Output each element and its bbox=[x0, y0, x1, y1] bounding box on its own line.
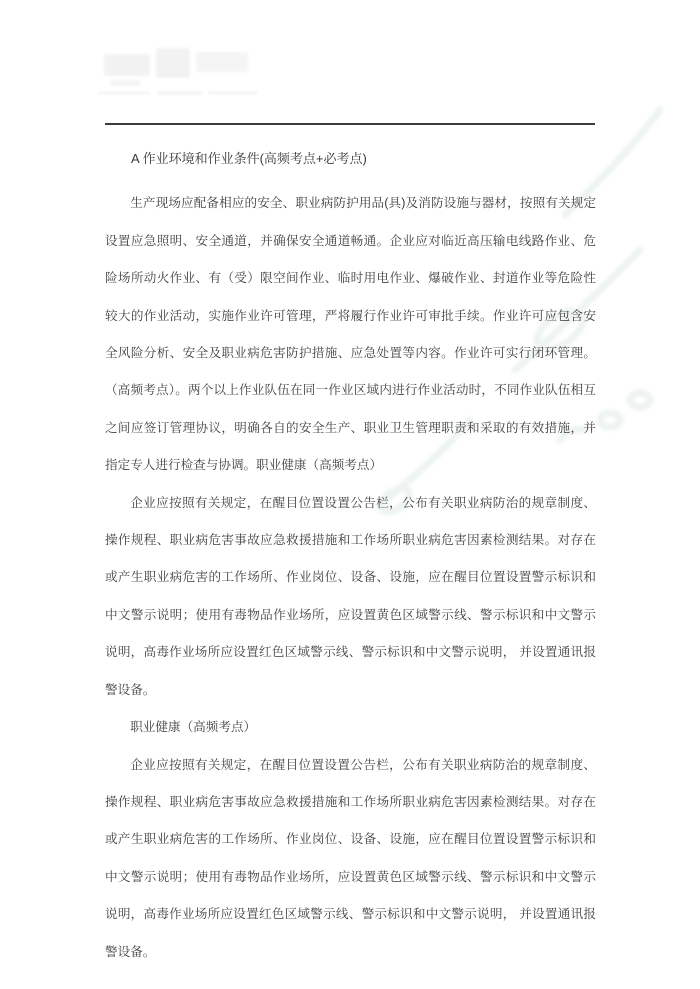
paragraph: 生产现场应配备相应的安全、职业病防护用品(具)及消防设施与器材，按照有关规定设置… bbox=[105, 185, 596, 484]
paragraph: 企业应按照有关规定，在醒目位置设置公告栏，公布有关职业病防治的规章制度、操作规程… bbox=[105, 485, 596, 709]
faded-logo-icon bbox=[98, 46, 258, 98]
paragraphs-container: 生产现场应配备相应的安全、职业病防护用品(具)及消防设施与器材，按照有关规定设置… bbox=[105, 185, 596, 971]
paragraph: 企业应按照有关规定，在醒目位置设置公告栏，公布有关职业病防治的规章制度、操作规程… bbox=[105, 747, 596, 971]
header-divider bbox=[105, 123, 595, 125]
document-page: A 作业环境和作业条件(高频考点+必考点) 生产现场应配备相应的安全、职业病防护… bbox=[0, 0, 700, 989]
document-body: A 作业环境和作业条件(高频考点+必考点) 生产现场应配备相应的安全、职业病防护… bbox=[105, 140, 596, 971]
section-heading: A 作业环境和作业条件(高频考点+必考点) bbox=[105, 140, 596, 177]
paragraph: 职业健康（高频考点） bbox=[105, 709, 596, 746]
